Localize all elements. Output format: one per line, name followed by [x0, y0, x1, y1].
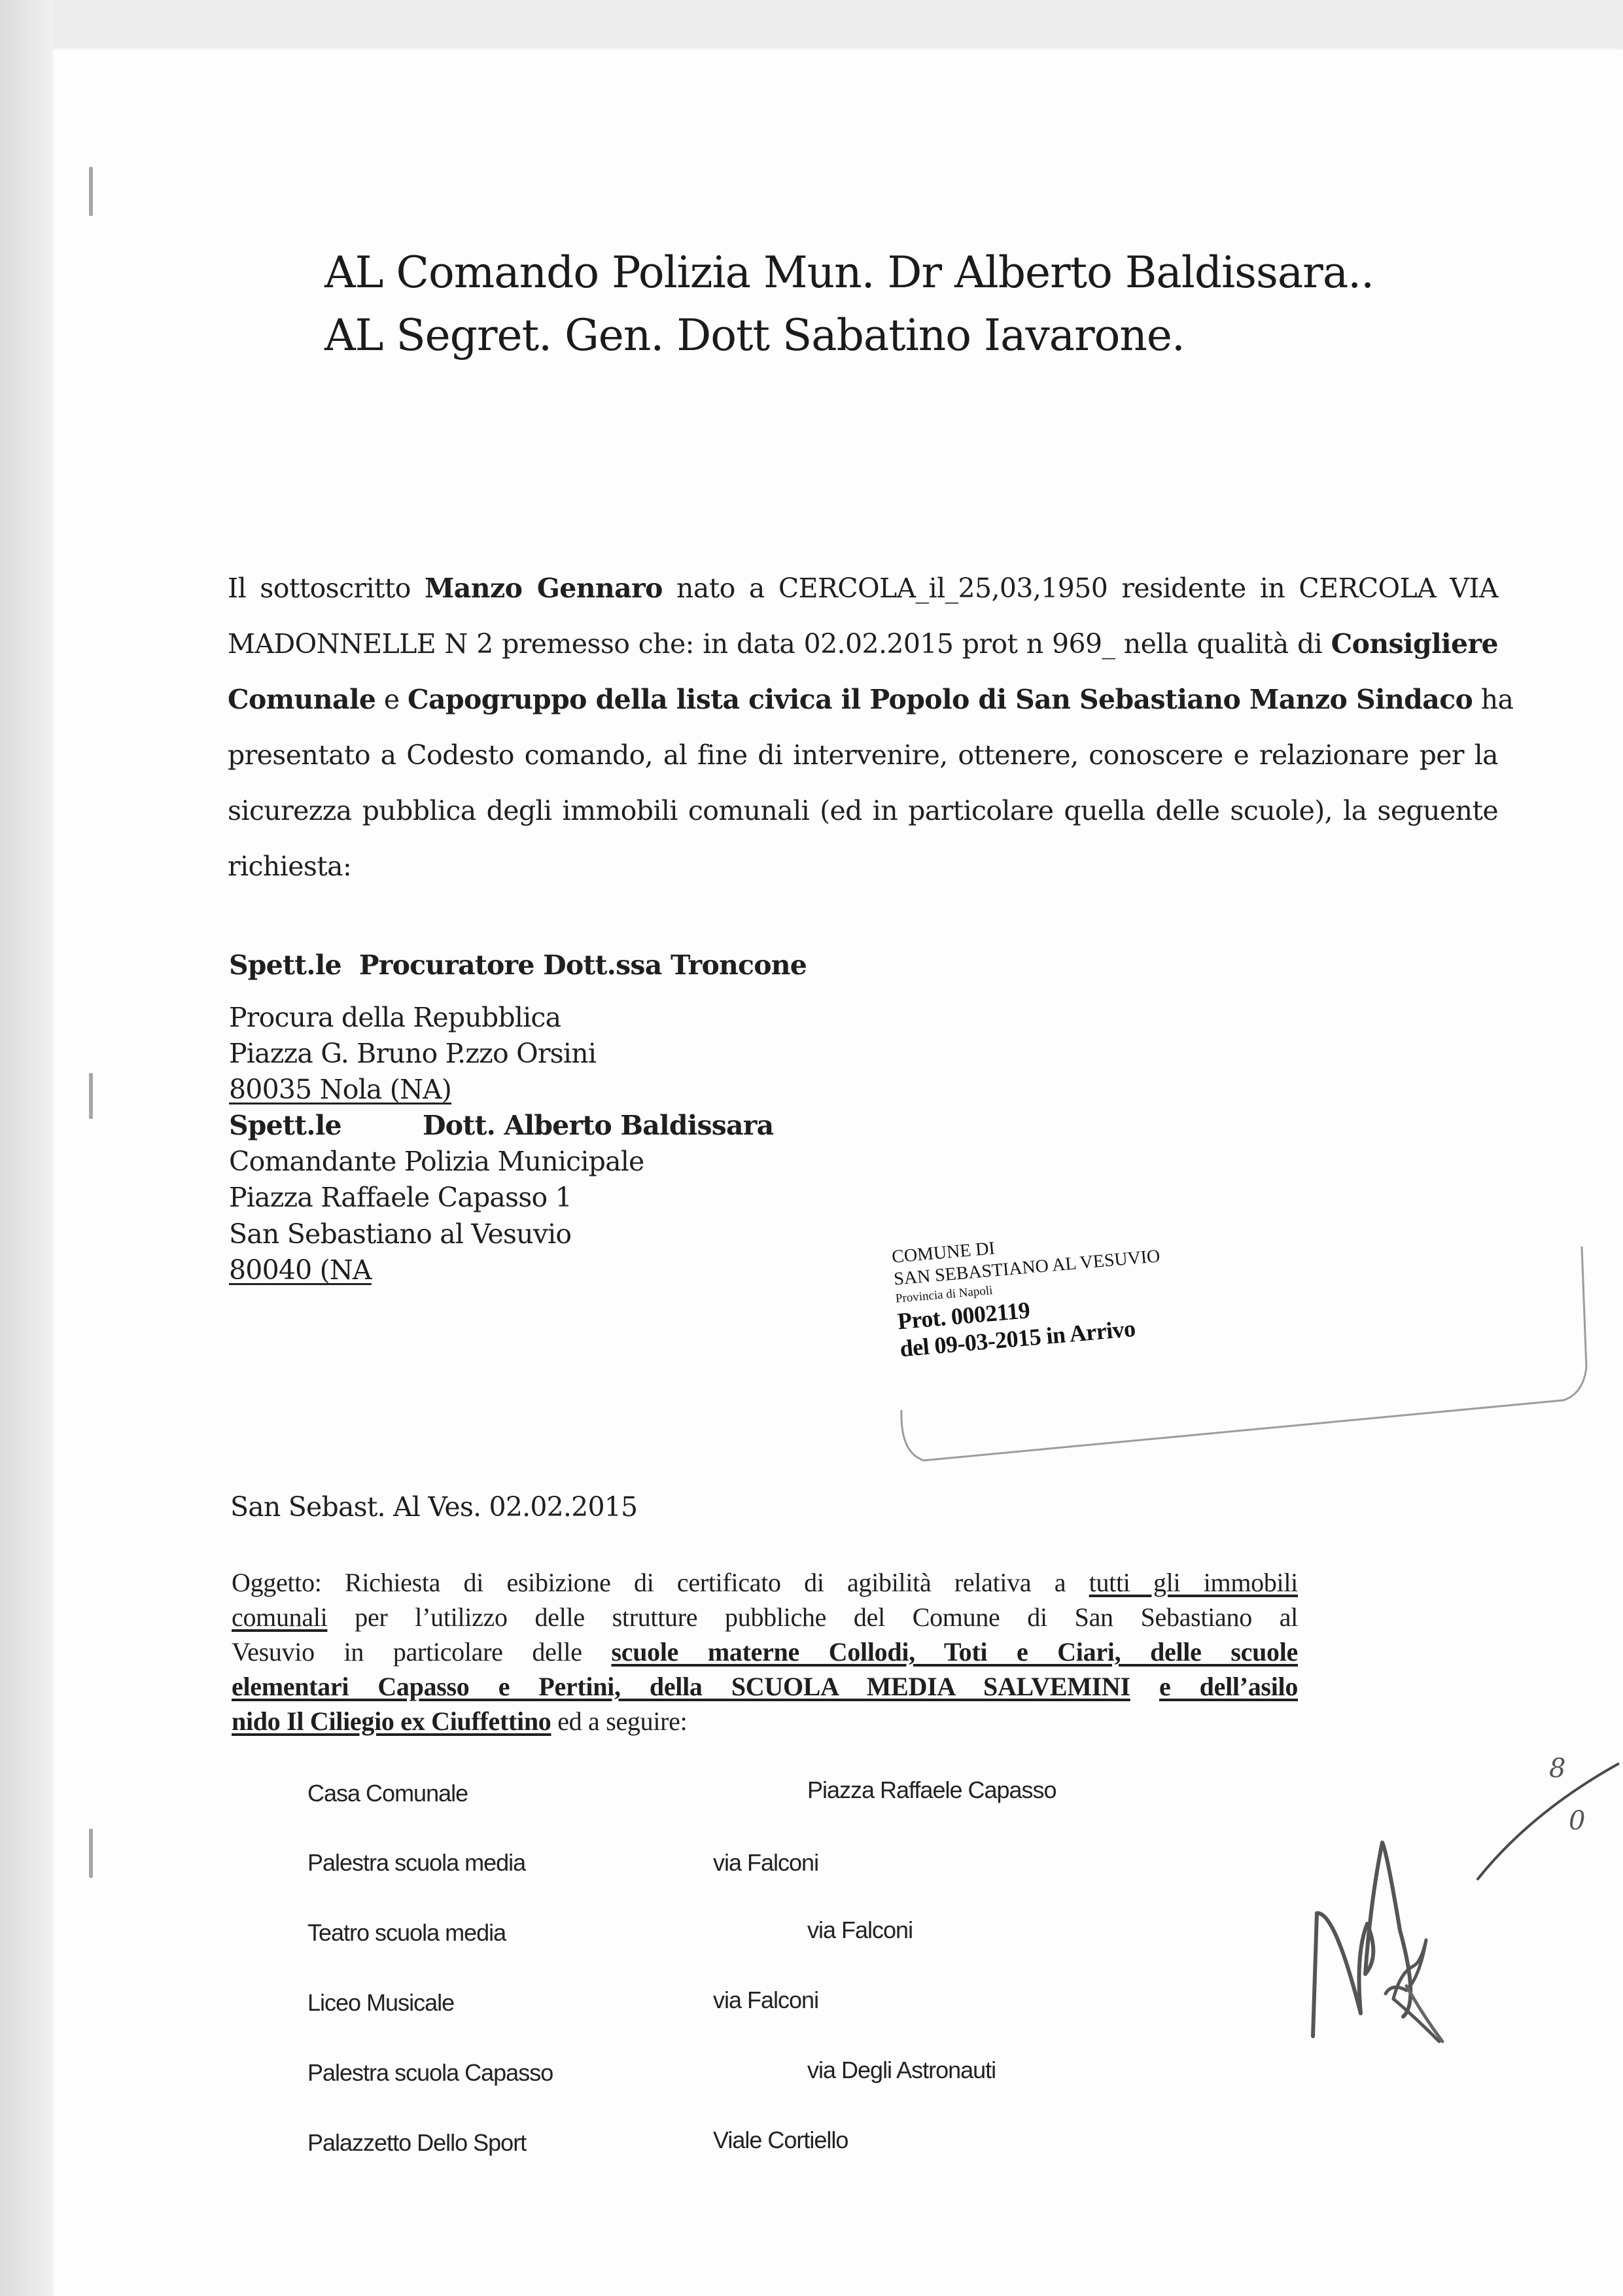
- signature: [0, 0, 1623, 2296]
